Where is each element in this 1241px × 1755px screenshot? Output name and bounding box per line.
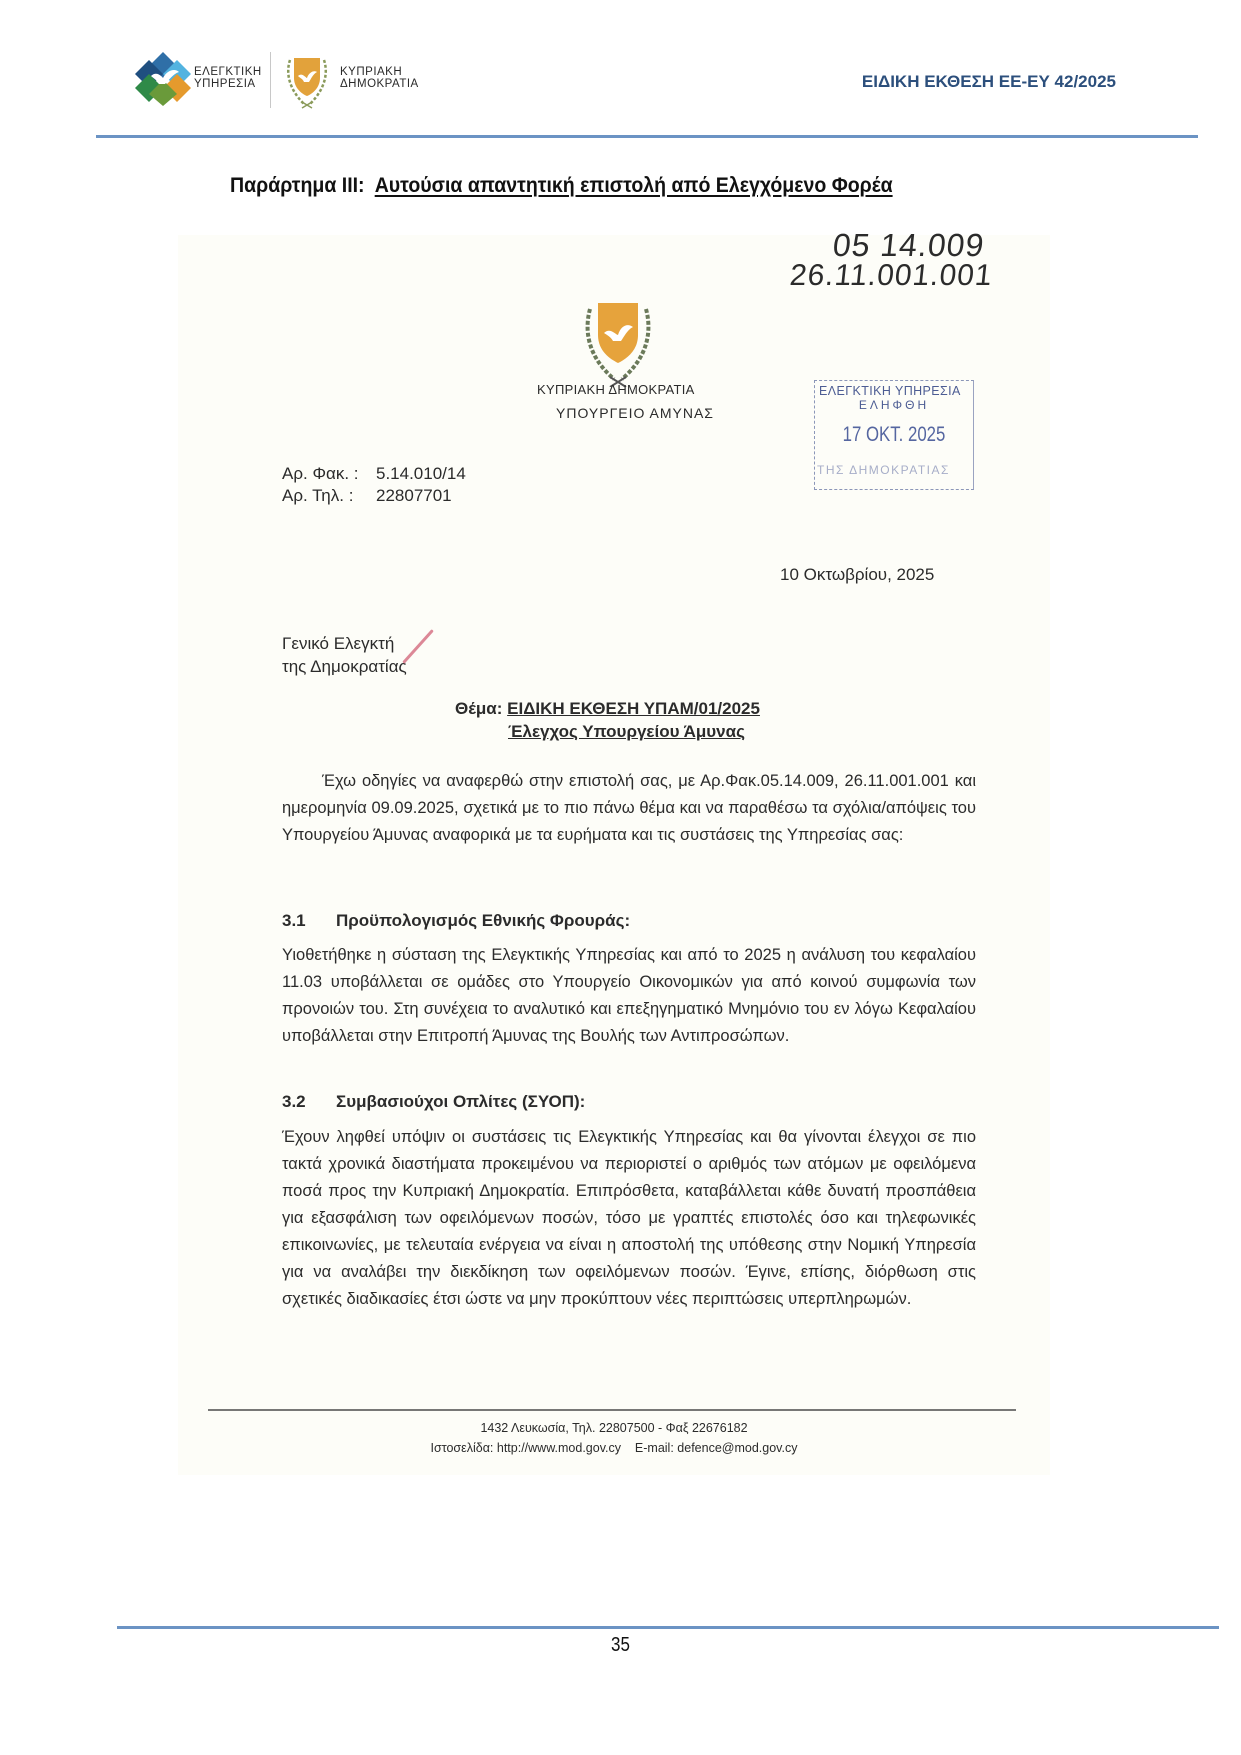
audit-office-logo-icon — [133, 50, 193, 106]
letter-date: 10 Οκτωβρίου, 2025 — [780, 565, 934, 585]
intro-paragraph: Έχω οδηγίες να αναφερθώ στην επιστολή σα… — [282, 768, 976, 849]
section-3-1-heading: 3.1Προϋπολογισμός Εθνικής Φρουράς: — [282, 911, 630, 931]
annex-subtitle: Αυτούσια απαντητική επιστολή από Ελεγχόμ… — [375, 174, 893, 197]
phone-ref-label: Αρ. Τηλ. : — [282, 486, 353, 506]
annex-label: Παράρτημα ΙΙΙ: — [230, 174, 365, 197]
pen-mark — [402, 629, 434, 664]
republic-logo-text: ΚΥΠΡΙΑΚΗ ΔΗΜΟΚΡΑΤΙΑ — [340, 66, 419, 90]
page-number: 35 — [93, 1634, 1148, 1657]
logo-divider — [270, 52, 271, 108]
section-3-2-heading: 3.2Συμβασιούχοι Οπλίτες (ΣΥΟΠ): — [282, 1092, 585, 1112]
header-rule — [96, 135, 1198, 138]
letter-footer-rule — [208, 1409, 1016, 1411]
file-ref-value: 5.14.010/14 — [376, 464, 466, 484]
subject-line-2: Έλεγχος Υπουργείου Άμυνας — [455, 720, 760, 743]
subject-label: Θέμα: — [455, 699, 502, 718]
annex-title: Παράρτημα ΙΙΙ: Αυτούσια απαντητική επιστ… — [230, 174, 893, 198]
handwritten-ref-2: 26.11.001.001 — [788, 259, 994, 293]
scanned-letter: 05 14.009 26.11.001.001 ΚΥΠΡΙΑΚΗ ΔΗΜΟΚΡΑ… — [178, 235, 1050, 1475]
letter-footer-contacts: Ιστοσελίδα: http://www.mod.gov.cy E-mail… — [178, 1441, 1050, 1455]
stamp-line-1: ΕΛΕΓΚΤΙΚΗ ΥΠΗΡΕΣΙΑ — [819, 384, 961, 398]
received-stamp: ΕΛΕΓΚΤΙΚΗ ΥΠΗΡΕΣΙΑ ΕΛΗΦΘΗ 17 ΟΚΤ. 2025 Τ… — [814, 380, 974, 490]
cyprus-coat-of-arms-icon — [578, 297, 658, 387]
stamp-line-4: ΤΗΣ ΔΗΜΟΚΡΑΤΙΑΣ — [817, 463, 950, 477]
section-3-2-body: Έχουν ληφθεί υπόψιν οι συστάσεις τις Ελε… — [282, 1124, 976, 1313]
stamp-line-2: ΕΛΗΦΘΗ — [815, 398, 973, 412]
file-ref-label: Αρ. Φακ. : — [282, 464, 359, 484]
cyprus-coat-of-arms-icon — [282, 52, 332, 110]
report-id: ΕΙΔΙΚΗ ΕΚΘΕΣΗ ΕΕ-ΕΥ 42/2025 — [862, 72, 1116, 92]
phone-ref-value: 22807701 — [376, 486, 452, 506]
website-link[interactable]: http://www.mod.gov.cy — [497, 1441, 621, 1455]
letter-footer-address: 1432 Λευκωσία, Τηλ. 22807500 - Φαξ 22676… — [178, 1421, 1050, 1435]
footer-rule — [117, 1626, 1219, 1629]
subject-line-1: ΕΙΔΙΚΗ ΕΚΘΕΣΗ ΥΠΑΜ/01/2025 — [507, 699, 760, 718]
letter-subject: Θέμα: ΕΙΔΙΚΗ ΕΚΘΕΣΗ ΥΠΑΜ/01/2025 Έλεγχος… — [455, 697, 760, 743]
letterhead-ministry: ΥΠΟΥΡΓΕΙΟ ΑΜΥΝΑΣ — [556, 405, 714, 421]
email-link[interactable]: defence@mod.gov.cy — [677, 1441, 797, 1455]
section-3-1-body: Υιοθετήθηκε η σύσταση της Ελεγκτικής Υπη… — [282, 942, 976, 1050]
addressee: Γενικό Ελεγκτή της Δημοκρατίας — [282, 632, 407, 678]
stamp-date: 17 ΟΚΤ. 2025 — [831, 423, 957, 447]
letterhead-country: ΚΥΠΡΙΑΚΗ ΔΗΜΟΚΡΑΤΙΑ — [537, 382, 695, 397]
audit-office-logo-text: ΕΛΕΓΚΤΙΚΗ ΥΠΗΡΕΣΙΑ — [194, 66, 262, 90]
